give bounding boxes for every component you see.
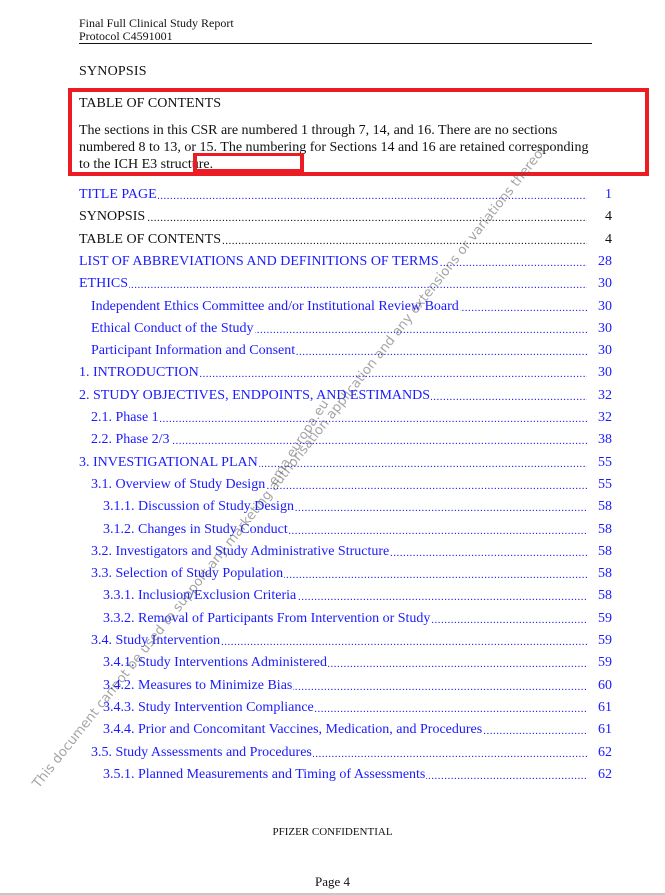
toc-entry-label: 2. STUDY OBJECTIVES, ENDPOINTS, AND ESTI… <box>79 387 431 405</box>
toc-entry-label: 3.4.2. Measures to Minimize Bias <box>103 677 293 695</box>
toc-entry-page: 38 <box>588 431 612 449</box>
toc-title: TABLE OF CONTENTS <box>79 96 221 112</box>
toc-dot-leader: ........................................… <box>79 275 587 293</box>
toc-entry-label: 3.4.4. Prior and Concomitant Vaccines, M… <box>103 721 483 739</box>
toc-entry-label: 3. INVESTIGATIONAL PLAN <box>79 454 259 472</box>
toc-entry[interactable]: ........................................… <box>0 699 665 717</box>
toc-entry-page: 58 <box>588 587 612 605</box>
toc-entry-label: Participant Information and Consent <box>91 342 296 360</box>
toc-entry-page: 55 <box>588 476 612 494</box>
section-label: SYNOPSIS <box>79 64 147 80</box>
toc-entry-label: TABLE OF CONTENTS <box>79 231 222 249</box>
toc-entry[interactable]: ........................................… <box>0 610 665 628</box>
toc-entry-page: 30 <box>588 364 612 382</box>
toc-entry-page: 61 <box>588 699 612 717</box>
toc-entry[interactable]: ........................................… <box>0 320 665 338</box>
toc-entry-label: 3.5.1. Planned Measurements and Timing o… <box>103 766 426 784</box>
toc-entry-page: 59 <box>588 654 612 672</box>
toc-entry-page: 59 <box>588 610 612 628</box>
toc-entry-page: 30 <box>588 320 612 338</box>
toc-entry-page: 1 <box>588 186 612 204</box>
toc-entry-page: 59 <box>588 632 612 650</box>
toc-entry[interactable]: ........................................… <box>0 409 665 427</box>
toc-entry: ........................................… <box>0 231 665 249</box>
toc-entry[interactable]: ........................................… <box>0 498 665 516</box>
toc-entry-page: 55 <box>588 454 612 472</box>
toc-entry[interactable]: ........................................… <box>0 521 665 539</box>
header-text: Final Full Clinical Study Report Protoco… <box>79 17 234 43</box>
toc-entry-label: ETHICS <box>79 275 129 293</box>
toc-entry-label: SYNOPSIS <box>79 208 146 226</box>
header-rule <box>79 43 592 44</box>
page-number: Page 4 <box>0 874 665 890</box>
toc-entry-page: 4 <box>588 208 612 226</box>
toc-entry[interactable]: ........................................… <box>0 342 665 360</box>
toc-entry-label: LIST OF ABBREVIATIONS AND DEFINITIONS OF… <box>79 253 440 271</box>
toc-entry-label: 3.5. Study Assessments and Procedures <box>91 744 313 762</box>
toc-dot-leader: ........................................… <box>91 409 587 427</box>
toc-entry[interactable]: ........................................… <box>0 186 665 204</box>
toc-entry-page: 61 <box>588 721 612 739</box>
toc-entry[interactable]: ........................................… <box>0 587 665 605</box>
toc-entry-label: Independent Ethics Committee and/or Inst… <box>91 298 460 316</box>
toc-entry-label: 3.3.1. Inclusion/Exclusion Criteria <box>103 587 297 605</box>
toc-entry[interactable]: ........................................… <box>0 632 665 650</box>
toc-entry-page: 32 <box>588 409 612 427</box>
toc-entry[interactable]: ........................................… <box>0 744 665 762</box>
toc-entry[interactable]: ........................................… <box>0 677 665 695</box>
toc-entry-page: 62 <box>588 766 612 784</box>
toc-entry-label: 2.2. Phase 2/3 <box>91 431 171 449</box>
toc-entry-page: 58 <box>588 543 612 561</box>
toc-entry-label: 3.4.3. Study Intervention Compliance <box>103 699 315 717</box>
confidentiality-footer: PFIZER CONFIDENTIAL <box>0 826 665 838</box>
toc-intro-text: The sections in this CSR are numbered 1 … <box>79 122 599 173</box>
toc-entry-page: 30 <box>588 275 612 293</box>
toc-entry-page: 30 <box>588 342 612 360</box>
toc-entry-page: 58 <box>588 565 612 583</box>
toc-entry-label: 3.3.2. Removal of Participants From Inte… <box>103 610 431 628</box>
toc-entry-page: 28 <box>588 253 612 271</box>
toc-entry-label: 3.1.1. Discussion of Study Design <box>103 498 295 516</box>
toc-entry-label: TITLE PAGE <box>79 186 158 204</box>
toc-entry-label: 3.3. Selection of Study Population <box>91 565 284 583</box>
toc-dot-leader: ........................................… <box>79 208 587 226</box>
toc-entry[interactable]: ........................................… <box>0 387 665 405</box>
toc-entry-label: 1. INTRODUCTION <box>79 364 200 382</box>
toc-entry-label: 3.1.2. Changes in Study Conduct <box>103 521 289 539</box>
toc-entry[interactable]: ........................................… <box>0 543 665 561</box>
toc-entry-page: 4 <box>588 231 612 249</box>
toc-entry: ........................................… <box>0 208 665 226</box>
protocol-id: Protocol C4591001 <box>79 30 234 43</box>
toc-entry[interactable]: ........................................… <box>0 431 665 449</box>
toc-entry-label: 3.4. Study Intervention <box>91 632 221 650</box>
toc-entry-label: 3.1. Overview of Study Design <box>91 476 266 494</box>
toc-entry[interactable]: ........................................… <box>0 364 665 382</box>
toc-entry[interactable]: ........................................… <box>0 476 665 494</box>
toc-entry[interactable]: ........................................… <box>0 253 665 271</box>
toc-entry-page: 62 <box>588 744 612 762</box>
toc-entry-page: 58 <box>588 498 612 516</box>
toc-entry[interactable]: ........................................… <box>0 654 665 672</box>
toc-entry[interactable]: ........................................… <box>0 721 665 739</box>
toc-entry[interactable]: ........................................… <box>0 766 665 784</box>
toc-entry-label: 2.1. Phase 1 <box>91 409 160 427</box>
toc-entry[interactable]: ........................................… <box>0 298 665 316</box>
toc-entry-page: 30 <box>588 298 612 316</box>
toc-entry[interactable]: ........................................… <box>0 454 665 472</box>
toc-entry-page: 60 <box>588 677 612 695</box>
toc-entry-page: 58 <box>588 521 612 539</box>
toc-entry-label: Ethical Conduct of the Study <box>91 320 255 338</box>
toc-entry[interactable]: ........................................… <box>0 565 665 583</box>
toc-entry-label: 3.4.1. Study Interventions Administered <box>103 654 328 672</box>
toc-entry-label: 3.2. Investigators and Study Administrat… <box>91 543 390 561</box>
toc-entry-page: 32 <box>588 387 612 405</box>
toc-entry[interactable]: ........................................… <box>0 275 665 293</box>
